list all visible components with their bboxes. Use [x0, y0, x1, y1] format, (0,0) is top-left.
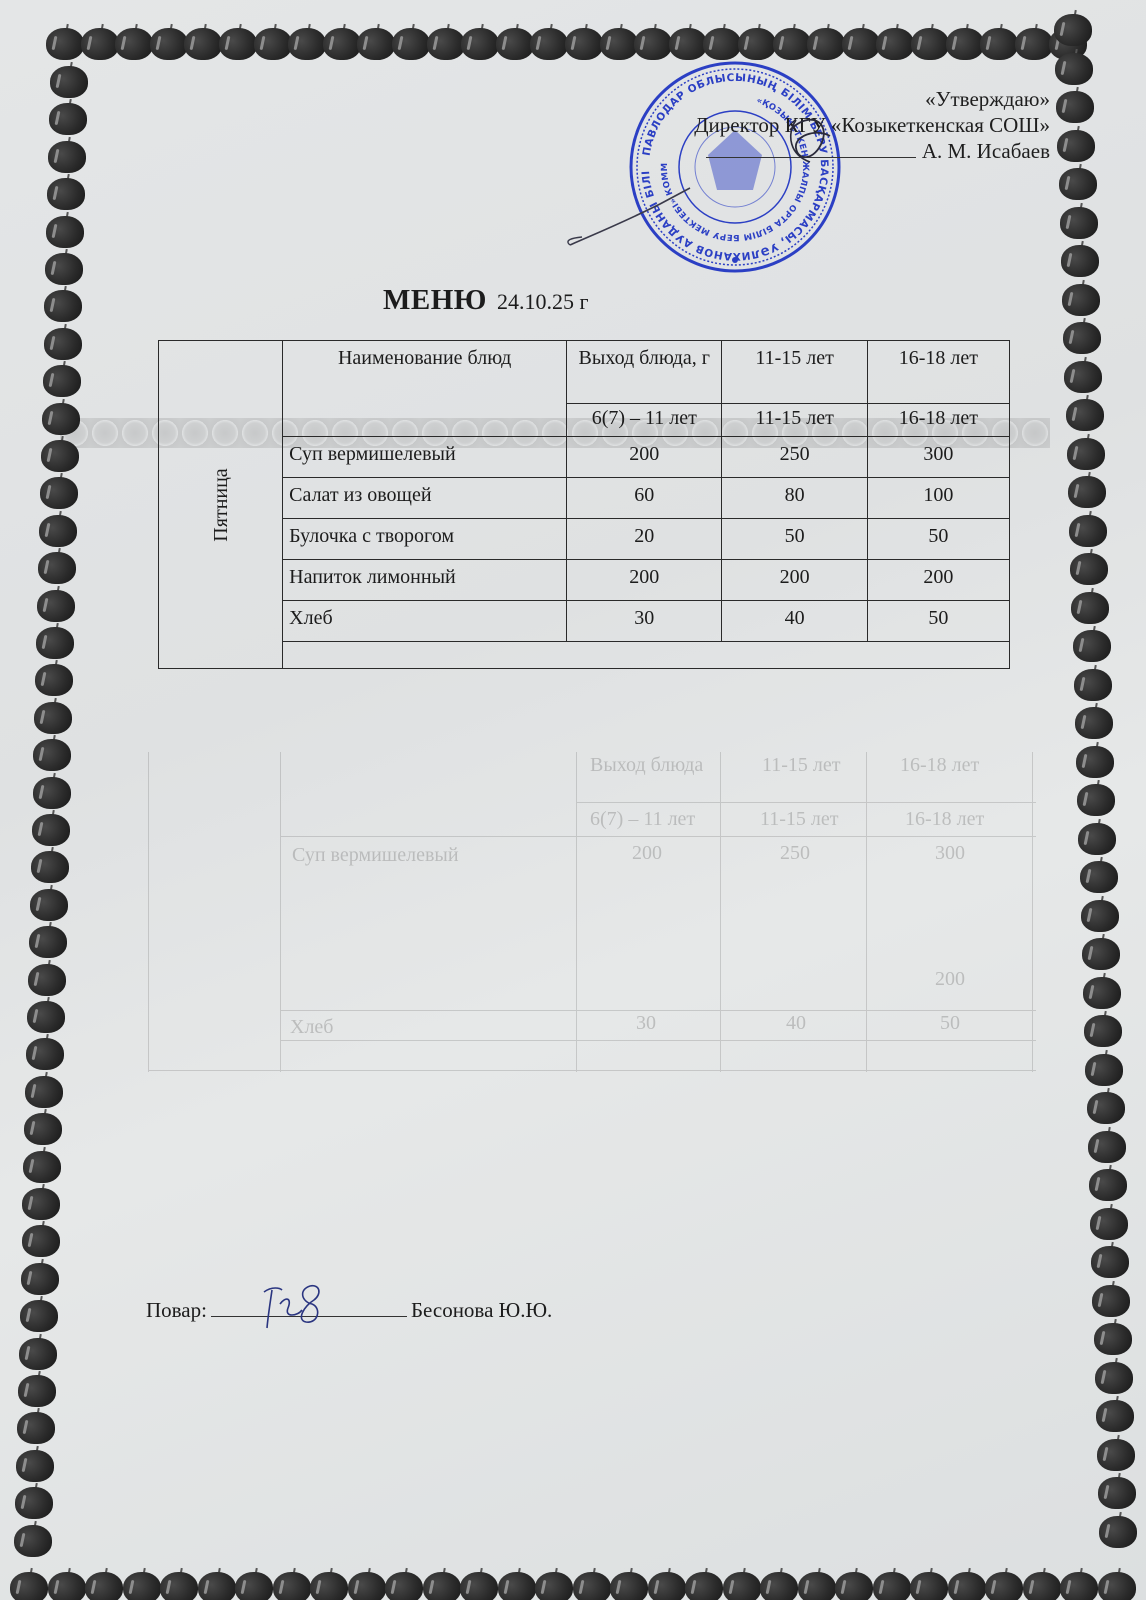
- apple-icon: [23, 1147, 61, 1183]
- apple-icon: [19, 1334, 57, 1370]
- apple-icon: [160, 1568, 198, 1600]
- apple-icon: [1081, 896, 1119, 932]
- apple-icon: [81, 24, 119, 60]
- apple-icon: [460, 1568, 498, 1600]
- apple-icon: [498, 1568, 536, 1600]
- apple-icon: [1073, 626, 1111, 662]
- apple-icon: [1023, 1568, 1061, 1600]
- apple-icon: [835, 1568, 873, 1600]
- apple-icon: [565, 24, 603, 60]
- apple-icon: [254, 24, 292, 60]
- apple-icon: [1056, 87, 1094, 123]
- apple-icon: [10, 1568, 48, 1600]
- apple-icon: [1087, 1088, 1125, 1124]
- apple-icon: [40, 473, 78, 509]
- apple-icon: [115, 24, 153, 60]
- apple-icon: [15, 1483, 53, 1519]
- apple-icon: [1066, 395, 1104, 431]
- apple-icon: [1091, 1242, 1129, 1278]
- apple-icon: [669, 24, 707, 60]
- day-cell: Пятница: [159, 341, 283, 669]
- apple-icon: [50, 62, 88, 98]
- apple-icon: [1075, 703, 1113, 739]
- apple-icon: [1083, 973, 1121, 1009]
- apple-icon: [1057, 126, 1095, 162]
- menu-title: МЕНЮ24.10.25 г: [383, 284, 588, 317]
- apple-icon: [42, 399, 80, 435]
- apple-icon: [29, 922, 67, 958]
- apple-icon: [911, 24, 949, 60]
- apple-icon: [807, 24, 845, 60]
- apple-icon: [22, 1184, 60, 1220]
- table-row: Булочка с творогом 20 50 50: [159, 519, 1010, 560]
- apple-icon: [38, 548, 76, 584]
- apple-icon: [348, 1568, 386, 1600]
- dish-name: Булочка с творогом: [283, 519, 567, 560]
- apple-icon: [150, 24, 188, 60]
- apple-icon: [47, 174, 85, 210]
- dish-name: Суп вермишелевый: [283, 437, 567, 478]
- apple-icon: [798, 1568, 836, 1600]
- apple-icon: [21, 1259, 59, 1295]
- apple-icon: [48, 137, 86, 173]
- apple-icon: [610, 1568, 648, 1600]
- header-dish-name: Наименование блюд: [283, 341, 567, 437]
- apple-icon: [273, 1568, 311, 1600]
- dish-name: Хлеб: [283, 601, 567, 642]
- ghost-row-1-v1: 200: [632, 842, 662, 865]
- table-row: Напиток лимонный 200 200 200: [159, 560, 1010, 601]
- apple-icon: [85, 1568, 123, 1600]
- apple-icon: [36, 623, 74, 659]
- ghost-row-1: Суп вермишелевый: [292, 844, 459, 867]
- apple-icon: [1062, 280, 1100, 316]
- apple-icon: [1092, 1281, 1130, 1317]
- header-yield: Выход блюда, г: [567, 341, 722, 404]
- apple-icon: [49, 99, 87, 135]
- apple-icon: [22, 1221, 60, 1257]
- apple-icon: [34, 698, 72, 734]
- apple-icon: [385, 1568, 423, 1600]
- approval-director-name: А. М. Исабаев: [922, 139, 1050, 163]
- apple-icon: [18, 1371, 56, 1407]
- apple-icon: [45, 249, 83, 285]
- dish-name: Салат из овощей: [283, 478, 567, 519]
- table-empty-row: [159, 642, 1010, 669]
- apple-icon: [1071, 588, 1109, 624]
- ghost-header-1: Выход блюда: [590, 754, 703, 777]
- apple-icon: [1076, 742, 1114, 778]
- apple-icon: [1089, 1165, 1127, 1201]
- apple-icon: [1099, 1512, 1137, 1548]
- apple-icon: [39, 511, 77, 547]
- apple-icon: [48, 1568, 86, 1600]
- day-label: Пятница: [210, 468, 232, 541]
- ghost-sub-2: 11-15 лет: [760, 808, 839, 831]
- apple-icon: [1070, 549, 1108, 585]
- apple-icon: [184, 24, 222, 60]
- subheader-age-16-18: 16-18 лет: [867, 404, 1009, 437]
- portion-6-11: 200: [567, 437, 722, 478]
- dish-name: Напиток лимонный: [283, 560, 567, 601]
- apple-icon: [1078, 819, 1116, 855]
- portion-6-11: 60: [567, 478, 722, 519]
- apple-icon: [26, 1034, 64, 1070]
- ghost-sub-1: 6(7) – 11 лет: [590, 808, 695, 831]
- subheader-age-11-15: 11-15 лет: [722, 404, 867, 437]
- apple-icon: [35, 660, 73, 696]
- apple-icon: [43, 361, 81, 397]
- apple-icon: [980, 24, 1018, 60]
- ghost-row-4-v3: 200: [935, 968, 965, 991]
- apple-icon: [32, 810, 70, 846]
- apple-icon: [1080, 857, 1118, 893]
- apple-icon: [1069, 511, 1107, 547]
- apple-icon: [1068, 472, 1106, 508]
- cook-signature-block: Повар:Бесонова Ю.Ю.: [146, 1298, 552, 1323]
- ghost-header-2: 11-15 лет: [762, 754, 841, 777]
- apple-icon: [1088, 1127, 1126, 1163]
- apple-icon: [738, 24, 776, 60]
- apple-icon: [1094, 1319, 1132, 1355]
- apple-icon: [634, 24, 672, 60]
- apple-icon: [535, 1568, 573, 1600]
- apple-icon: [37, 586, 75, 622]
- apple-icon: [1098, 1568, 1136, 1600]
- cook-label: Повар:: [146, 1298, 207, 1322]
- apple-icon: [1061, 241, 1099, 277]
- apple-icon: [219, 24, 257, 60]
- portion-16-18: 50: [867, 601, 1009, 642]
- apple-icon: [1049, 24, 1087, 60]
- subheader-age-6-11: 6(7) – 11 лет: [567, 404, 722, 437]
- apple-icon: [773, 24, 811, 60]
- apple-icon: [16, 1446, 54, 1482]
- apple-icon: [20, 1296, 58, 1332]
- apple-icon: [1067, 434, 1105, 470]
- portion-16-18: 50: [867, 519, 1009, 560]
- apple-icon: [1095, 1358, 1133, 1394]
- table-row: Хлеб 30 40 50: [159, 601, 1010, 642]
- document-page: Выход блюда 11-15 лет 16-18 лет 6(7) – 1…: [0, 0, 1146, 1600]
- apple-icon: [461, 24, 499, 60]
- apple-icon: [842, 24, 880, 60]
- apple-icon: [1082, 934, 1120, 970]
- portion-6-11: 20: [567, 519, 722, 560]
- apple-icon: [17, 1408, 55, 1444]
- apple-icon: [600, 24, 638, 60]
- header-age-16-18: 16-18 лет: [867, 341, 1009, 404]
- apple-icon: [1098, 1473, 1136, 1509]
- portion-16-18: 100: [867, 478, 1009, 519]
- apple-icon: [198, 1568, 236, 1600]
- apple-icon: [427, 24, 465, 60]
- apple-icon: [44, 286, 82, 322]
- ghost-header-3: 16-18 лет: [900, 754, 979, 777]
- ghost-row-5-v1: 30: [636, 1012, 656, 1035]
- apple-icon: [685, 1568, 723, 1600]
- ghost-row-5-v2: 40: [786, 1012, 806, 1035]
- portion-16-18: 200: [867, 560, 1009, 601]
- apple-icon: [573, 1568, 611, 1600]
- apple-icon: [948, 1568, 986, 1600]
- apple-icon: [946, 24, 984, 60]
- apple-icon: [876, 24, 914, 60]
- menu-title-label: МЕНЮ: [383, 284, 487, 316]
- apple-icon: [46, 212, 84, 248]
- apple-icon: [1015, 24, 1053, 60]
- apple-icon: [310, 1568, 348, 1600]
- apple-icon: [323, 24, 361, 60]
- apple-icon: [1060, 1568, 1098, 1600]
- table-header-row: Пятница Наименование блюд Выход блюда, г…: [159, 341, 1010, 404]
- apple-icon: [1077, 780, 1115, 816]
- apple-icon: [235, 1568, 273, 1600]
- apple-icon: [760, 1568, 798, 1600]
- apple-icon: [33, 773, 71, 809]
- ghost-row-1-v3: 300: [935, 842, 965, 865]
- apple-icon: [1097, 1435, 1135, 1471]
- table-row: Суп вермишелевый 200 250 300: [159, 437, 1010, 478]
- director-signature: [560, 100, 880, 260]
- portion-11-15: 250: [722, 437, 867, 478]
- apple-icon: [1060, 203, 1098, 239]
- ghost-sub-3: 16-18 лет: [905, 808, 984, 831]
- apple-icon: [530, 24, 568, 60]
- apple-icon: [33, 735, 71, 771]
- portion-11-15: 80: [722, 478, 867, 519]
- apple-icon: [723, 1568, 761, 1600]
- apple-icon: [41, 436, 79, 472]
- apple-icon: [648, 1568, 686, 1600]
- ghost-row-5-v3: 50: [940, 1012, 960, 1035]
- ghost-row-1-v2: 250: [780, 842, 810, 865]
- apple-icon: [985, 1568, 1023, 1600]
- apple-icon: [873, 1568, 911, 1600]
- apple-icon: [25, 1072, 63, 1108]
- apple-icon: [703, 24, 741, 60]
- apple-icon: [1074, 665, 1112, 701]
- apple-icon: [27, 997, 65, 1033]
- empty-cell: [283, 642, 1010, 669]
- ghost-row-5: Хлеб: [290, 1016, 333, 1039]
- cook-name: Бесонова Ю.Ю.: [411, 1298, 552, 1322]
- menu-table: Пятница Наименование блюд Выход блюда, г…: [158, 340, 1010, 669]
- apple-icon: [1096, 1396, 1134, 1432]
- apple-icon: [423, 1568, 461, 1600]
- portion-6-11: 200: [567, 560, 722, 601]
- apple-icon: [1054, 10, 1092, 46]
- apple-icon: [392, 24, 430, 60]
- table-row: Салат из овощей 60 80 100: [159, 478, 1010, 519]
- portion-11-15: 200: [722, 560, 867, 601]
- menu-date: 24.10.25 г: [497, 289, 589, 314]
- apple-icon: [1055, 49, 1093, 85]
- cook-handwritten-signature: [258, 1282, 328, 1332]
- apple-icon: [288, 24, 326, 60]
- apple-icon: [357, 24, 395, 60]
- portion-11-15: 50: [722, 519, 867, 560]
- header-age-11-15: 11-15 лет: [722, 341, 867, 404]
- apple-icon: [28, 960, 66, 996]
- apple-icon: [1063, 318, 1101, 354]
- apple-icon: [44, 324, 82, 360]
- apple-icon: [1059, 164, 1097, 200]
- apple-icon: [46, 24, 84, 60]
- portion-11-15: 40: [722, 601, 867, 642]
- portion-16-18: 300: [867, 437, 1009, 478]
- apple-icon: [123, 1568, 161, 1600]
- apple-icon: [30, 885, 68, 921]
- apple-icon: [14, 1521, 52, 1557]
- apple-icon: [1090, 1204, 1128, 1240]
- portion-6-11: 30: [567, 601, 722, 642]
- apple-icon: [24, 1109, 62, 1145]
- apple-icon: [1085, 1050, 1123, 1086]
- apple-icon: [1084, 1011, 1122, 1047]
- apple-icon: [496, 24, 534, 60]
- apple-icon: [910, 1568, 948, 1600]
- apple-icon: [1064, 357, 1102, 393]
- apple-icon: [31, 847, 69, 883]
